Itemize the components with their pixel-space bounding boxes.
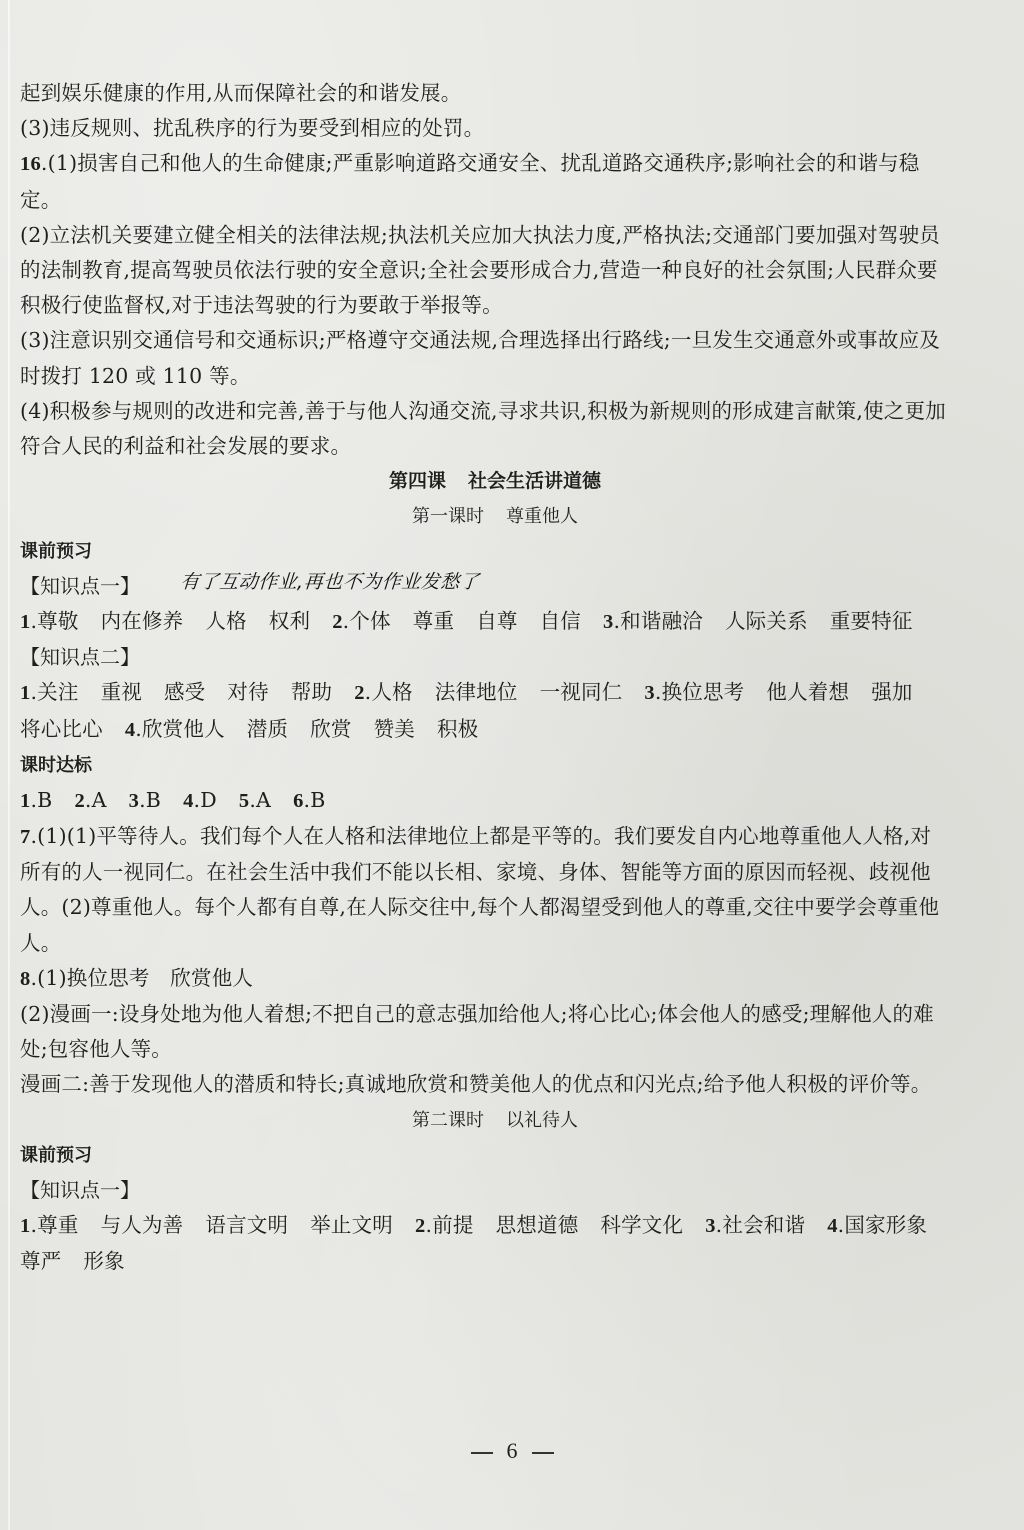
item-number: 2 [415,1215,425,1237]
q7-text: .(1)(1)平等待人。我们每个人在人格和法律地位上都是平等的。我们要发自内心地… [20,824,939,955]
continuation-line-2: (3)违反规则、扰乱秩序的行为要受到相应的处罚。 [20,111,950,146]
footer-dash-left [471,1452,493,1454]
period2-preview-label: 课前预习 [20,1138,950,1173]
term: 人格 [205,609,246,633]
term: 举止文明 [310,1213,393,1237]
period2-kp1-label: 【知识点一】 [20,1173,950,1208]
term: 他人着想 [766,680,849,704]
q8-part3: 漫画二:善于发现他人的潜质和特长;真诚地欣赏和赞美他人的优点和闪光点;给予他人积… [20,1067,950,1102]
term: 内在修养 [101,609,184,633]
mc-number: 2 [74,790,84,812]
term: 国家形象 [844,1213,927,1237]
term: 科学文化 [600,1213,683,1237]
term: 前提 [432,1213,473,1237]
mc-answer: A [256,788,271,812]
item-number: 1 [20,1215,30,1237]
q16-part1-text: .(1)损害自己和他人的生命健康;严重影响道路交通安全、扰乱道路交通秩序;影响社… [20,151,919,211]
period2-kp1-answers: 1.尊重与人为善语言文明举止文明2.前提思想道德科学文化3.社会和谐4.国家形象… [20,1208,950,1279]
lesson-name: 社会生活讲道德 [468,470,601,492]
mc-number: 4 [183,790,193,812]
mc-answers: 1.B2.A3.B4.D5.A6.B [20,783,950,819]
mc-answer: B [146,788,161,812]
period1-kp2-answers: 1.关注重视感受对待帮助2.人格法律地位一视同仁3.换位思考他人着想强加将心比心… [20,675,950,747]
term: 和谐融洽 [620,609,703,633]
mc-answer: A [92,788,107,812]
term: 语言文明 [205,1213,288,1237]
period2-title: 第二课时以礼待人 [20,1103,950,1138]
term: 强加 [871,680,912,704]
q8-part1-text: .(1)换位思考 欣赏他人 [30,966,253,990]
mc-answer: D [200,788,217,812]
item-number: 4 [827,1215,837,1237]
mc-answer: B [37,788,52,812]
term: 一视同仁 [540,680,623,704]
term: 潜质 [247,717,288,741]
term: 个体 [349,609,390,633]
term: 尊重 [413,609,454,633]
period1-kp2-label: 【知识点二】 [20,640,950,675]
continuation-line-1: 起到娱乐健康的作用,从而保障社会的和谐发展。 [20,76,950,111]
item-number: 3 [603,611,613,633]
page-number-footer: 6 [0,1438,1024,1464]
q16-part2: (2)立法机关要建立健全相关的法律法规;执法机关应加大执法力度,严格执法;交通部… [20,218,950,324]
period2-name: 以礼待人 [506,1110,578,1131]
term: 感受 [164,680,205,704]
item-number: 1 [20,682,30,704]
q16-part3: (3)注意识别交通信号和交通标识;严格遵守交通法规,合理选择出行路线;一旦发生交… [20,323,950,393]
q7-number: 7 [20,826,30,848]
period1-preview-label: 课前预习 [20,534,950,569]
term: 权利 [269,609,310,633]
term: 人际关系 [725,609,808,633]
q16-part4: (4)积极参与规则的改进和完善,善于与他人沟通交流,寻求共识,积极为新规则的形成… [20,394,950,464]
term: 尊严 [20,1249,61,1273]
mc-number: 5 [239,790,249,812]
term: 自尊 [476,609,517,633]
period1-name: 尊重他人 [506,506,578,527]
term: 将心比心 [20,717,103,741]
term: 对待 [227,680,268,704]
answer-key-page: 起到娱乐健康的作用,从而保障社会的和谐发展。 (3)违反规则、扰乱秩序的行为要受… [0,0,1024,1530]
term: 欣赏 [310,717,351,741]
handwritten-note: 有了互动作业,再也不为作业发愁了 [179,565,480,600]
q8-part1: 8.(1)换位思考 欣赏他人 [20,961,950,997]
term: 思想道德 [496,1213,579,1237]
period1-kp1-label-row: 【知识点一】 有了互动作业,再也不为作业发愁了 [20,569,950,604]
mc-answer: B [310,788,325,812]
period1-kp1-label: 【知识点一】 [20,569,140,604]
term: 关注 [37,680,78,704]
lesson-title: 第四课社会生活讲道德 [20,464,950,499]
term: 社会和谐 [722,1213,805,1237]
term: 积极 [437,717,478,741]
item-number: 3 [644,682,654,704]
term: 尊敬 [37,609,78,633]
item-number: 2 [354,682,364,704]
q8-part2: (2)漫画一:设身处地为他人着想;不把自己的意志强加给他人;将心比心;体会他人的… [20,997,950,1067]
footer-dash-right [532,1452,554,1454]
item-number: 3 [705,1215,715,1237]
lesson-number: 第四课 [389,470,446,492]
q16-part1: 16.(1)损害自己和他人的生命健康;严重影响道路交通安全、扰乱道路交通秩序;影… [20,146,950,217]
period1-title: 第一课时尊重他人 [20,499,950,534]
term: 法律地位 [435,680,518,704]
item-number: 2 [332,611,342,633]
page-content: 起到娱乐健康的作用,从而保障社会的和谐发展。 (3)违反规则、扰乱秩序的行为要受… [20,76,950,1279]
term: 欣赏他人 [142,717,225,741]
q8-number: 8 [20,968,30,990]
page-number: 6 [507,1438,518,1463]
item-number: 4 [125,719,135,741]
term: 换位思考 [662,680,745,704]
term: 重视 [101,680,142,704]
term: 帮助 [291,680,332,704]
term: 重要特征 [830,609,913,633]
period1-practice-label: 课时达标 [20,748,950,783]
q7-answer: 7.(1)(1)平等待人。我们每个人在人格和法律地位上都是平等的。我们要发自内心… [20,819,950,961]
term: 形象 [83,1249,124,1273]
mc-number: 6 [293,790,303,812]
q16-number: 16 [20,153,41,175]
period1-number: 第一课时 [412,506,484,527]
period1-kp1-answers: 1.尊敬内在修养人格权利2.个体尊重自尊自信3.和谐融洽人际关系重要特征 [20,604,950,640]
term: 自信 [540,609,581,633]
mc-number: 3 [129,790,139,812]
period2-number: 第二课时 [412,1110,484,1131]
term: 人格 [371,680,412,704]
term: 尊重 [37,1213,78,1237]
mc-number: 1 [20,790,30,812]
page-edge-line [8,0,10,1530]
item-number: 1 [20,611,30,633]
term: 赞美 [374,717,415,741]
term: 与人为善 [101,1213,184,1237]
